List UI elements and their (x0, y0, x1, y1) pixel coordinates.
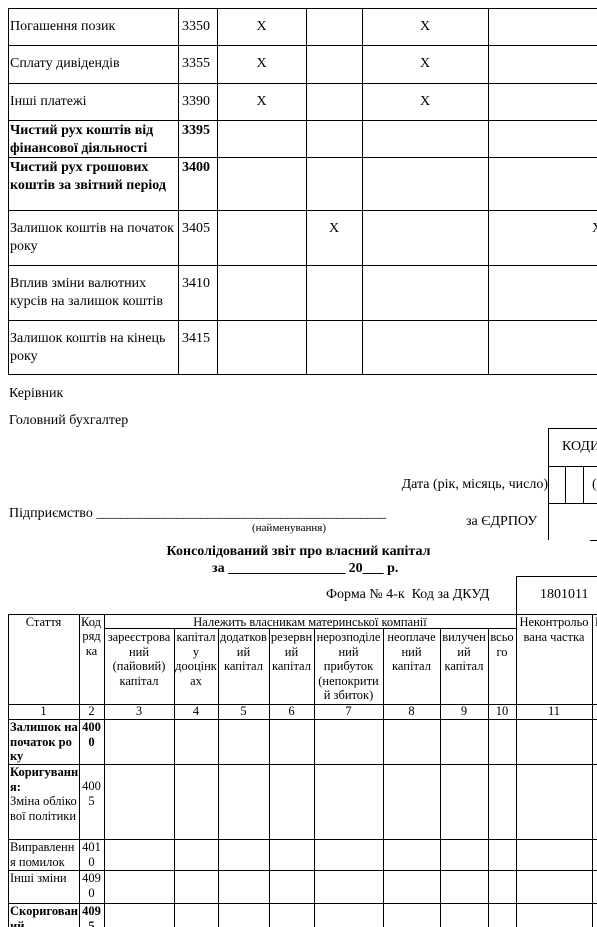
date-partial-value: ( (592, 476, 597, 494)
row-label: Чистий рух грошових коштів за звітний пе… (10, 159, 178, 195)
x-mark: X (217, 93, 306, 111)
report-period: за __________________ 20___ р. (212, 560, 398, 578)
date-label: Дата (рік, місяць, число) (402, 476, 548, 494)
x-mark: X (362, 93, 488, 111)
equity-row-code: 4095 (79, 904, 104, 927)
header-column: зареєстрований(пайовий)капітал (104, 630, 174, 688)
header-column: всього (488, 630, 516, 659)
equity-row-code: 4090 (79, 871, 104, 900)
x-mark: X (217, 18, 306, 36)
equity-row-label: Коригування:Зміна облікової політики (10, 765, 79, 823)
row-label: Погашення позик (10, 18, 178, 36)
column-number: 7 (314, 704, 383, 719)
row-code: 3395 (182, 122, 210, 140)
column-number: 8 (383, 704, 440, 719)
row-code: 3415 (182, 330, 210, 348)
x-mark: X (217, 55, 306, 73)
row-code: 3355 (182, 55, 210, 73)
x-mark: X (306, 220, 362, 238)
column-number: 11 (516, 704, 592, 719)
equity-row-code: 4010 (79, 840, 104, 869)
row-code: 3350 (182, 18, 210, 36)
chief-accountant-label: Головний бухгалтер (9, 412, 128, 430)
column-number: 4 (174, 704, 218, 719)
header-article: Стаття (8, 615, 79, 630)
column-number: 2 (79, 704, 104, 719)
dkud-code: 1801011 (540, 586, 588, 604)
row-code: 3390 (182, 93, 210, 111)
header-parent-group: Належить власникам материнської компанії (104, 615, 516, 630)
header-non-controlling: Неконтрольована частка (516, 615, 592, 644)
header-column: неоплаченийкапітал (383, 630, 440, 674)
enterprise-label: Підприємство (9, 506, 93, 521)
equity-row-code: 4005 (79, 779, 104, 808)
director-label: Керівник (9, 385, 63, 403)
enterprise-blank: ________________________________________… (96, 506, 385, 521)
column-number: 1 (8, 704, 79, 719)
form-label: Форма № 4-к Код за ДКУД (326, 586, 489, 604)
x-mark: X (362, 18, 488, 36)
equity-row-label: Виправлення помилок (10, 840, 79, 869)
x-mark: X (362, 55, 488, 73)
column-number: 6 (269, 704, 314, 719)
header-column: капіталудооцінках (174, 630, 218, 688)
enterprise-caption: (найменування) (252, 522, 326, 534)
equity-row-label: Скоригований (10, 904, 79, 927)
codes-header: КОДИ (562, 438, 597, 456)
column-number: 9 (440, 704, 488, 719)
row-label: Сплату дивідендів (10, 55, 178, 73)
equity-row-label: Інші зміни (10, 871, 79, 886)
header-column: нерозподіленийприбуток(непокритий збиток… (314, 630, 383, 703)
row-code: 3405 (182, 220, 210, 238)
row-label: Залишок коштів на кінець року (10, 330, 178, 366)
row-code: 3410 (182, 275, 210, 293)
header-column: додатковийкапітал (218, 630, 269, 674)
equity-row-label: Залишок на початок року (10, 720, 79, 764)
header-column: вилученийкапітал (440, 630, 488, 674)
header-column: резервнийкапітал (269, 630, 314, 674)
report-title: Консолідований звіт про власний капітал (0, 543, 597, 561)
header-code: Код (81, 615, 104, 630)
equity-row-code: 4000 (79, 720, 104, 749)
header-code-cont: рядка (79, 629, 104, 658)
row-label: Вплив зміни валютних курсів на залишок к… (10, 275, 178, 311)
enterprise-field[interactable]: Підприємство ___________________________… (9, 505, 385, 523)
row-label: Інші платежі (10, 93, 178, 111)
period-prefix: за (212, 561, 225, 576)
column-number: 5 (218, 704, 269, 719)
row-label: Чистий рух коштів від фінансової діяльно… (10, 122, 178, 158)
x-mark: X (488, 220, 597, 238)
row-label: Залишок коштів на початок року (10, 220, 178, 256)
row-code: 3400 (182, 159, 210, 177)
period-year: 20___ р. (349, 561, 399, 576)
column-number: 3 (104, 704, 174, 719)
period-blank: __________________ (228, 561, 345, 576)
edrpou-label: за ЄДРПОУ (466, 513, 537, 531)
column-number: 10 (488, 704, 516, 719)
